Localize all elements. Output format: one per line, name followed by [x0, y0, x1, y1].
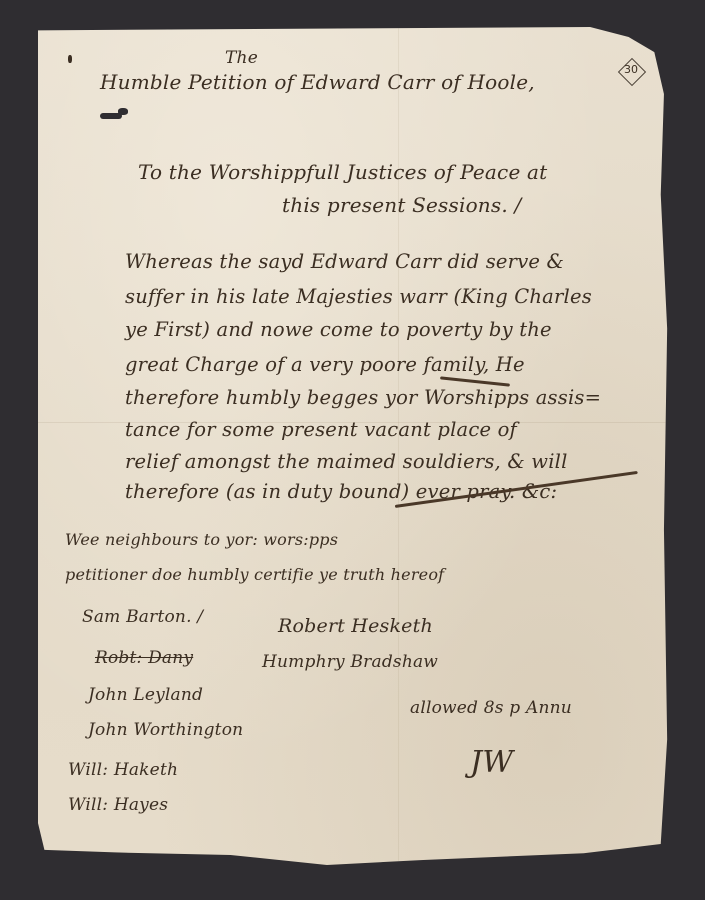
body-line-1: Whereas the sayd Edward Carr did serve & [125, 250, 564, 273]
ink-mark [68, 55, 72, 63]
body-line-2: suffer in his late Majesties warr (King … [125, 285, 592, 308]
body-line-5: therefore humbly begges yor Worshipps as… [125, 386, 601, 409]
body-line-7: relief amongst the maimed souldiers, & w… [125, 450, 568, 473]
title-article: The [225, 48, 258, 68]
signature: Will: Hayes [68, 795, 168, 815]
folio-number: 30 [620, 63, 642, 76]
signature: Robt: Dany [95, 648, 193, 668]
signature: John Leyland [88, 685, 203, 705]
signature: Humphry Bradshaw [262, 652, 438, 672]
body-line-4: great Charge of a very poore family, He [125, 353, 525, 376]
signature: John Worthington [88, 720, 243, 740]
ink-blot [100, 113, 122, 119]
address-line-2: this present Sessions. / [282, 193, 521, 217]
address-line-1: To the Worshippfull Justices of Peace at [138, 160, 547, 184]
signature: Sam Barton. / [82, 607, 203, 627]
justice-initials: JW [470, 745, 513, 780]
body-line-6: tance for some present vacant place of [125, 418, 517, 441]
signature: Will: Haketh [68, 760, 178, 780]
certification-line-1: Wee neighbours to yor: wors:pps [65, 530, 338, 549]
petition-title: Humble Petition of Edward Carr of Hoole, [100, 70, 535, 94]
body-line-3: ye First) and nowe come to poverty by th… [125, 318, 552, 341]
endorsement-note: allowed 8s p Annu [410, 698, 572, 718]
certification-line-2: petitioner doe humbly certifie ye truth … [65, 565, 444, 584]
vertical-fold-line [398, 27, 399, 865]
signature: Robert Hesketh [278, 615, 433, 637]
